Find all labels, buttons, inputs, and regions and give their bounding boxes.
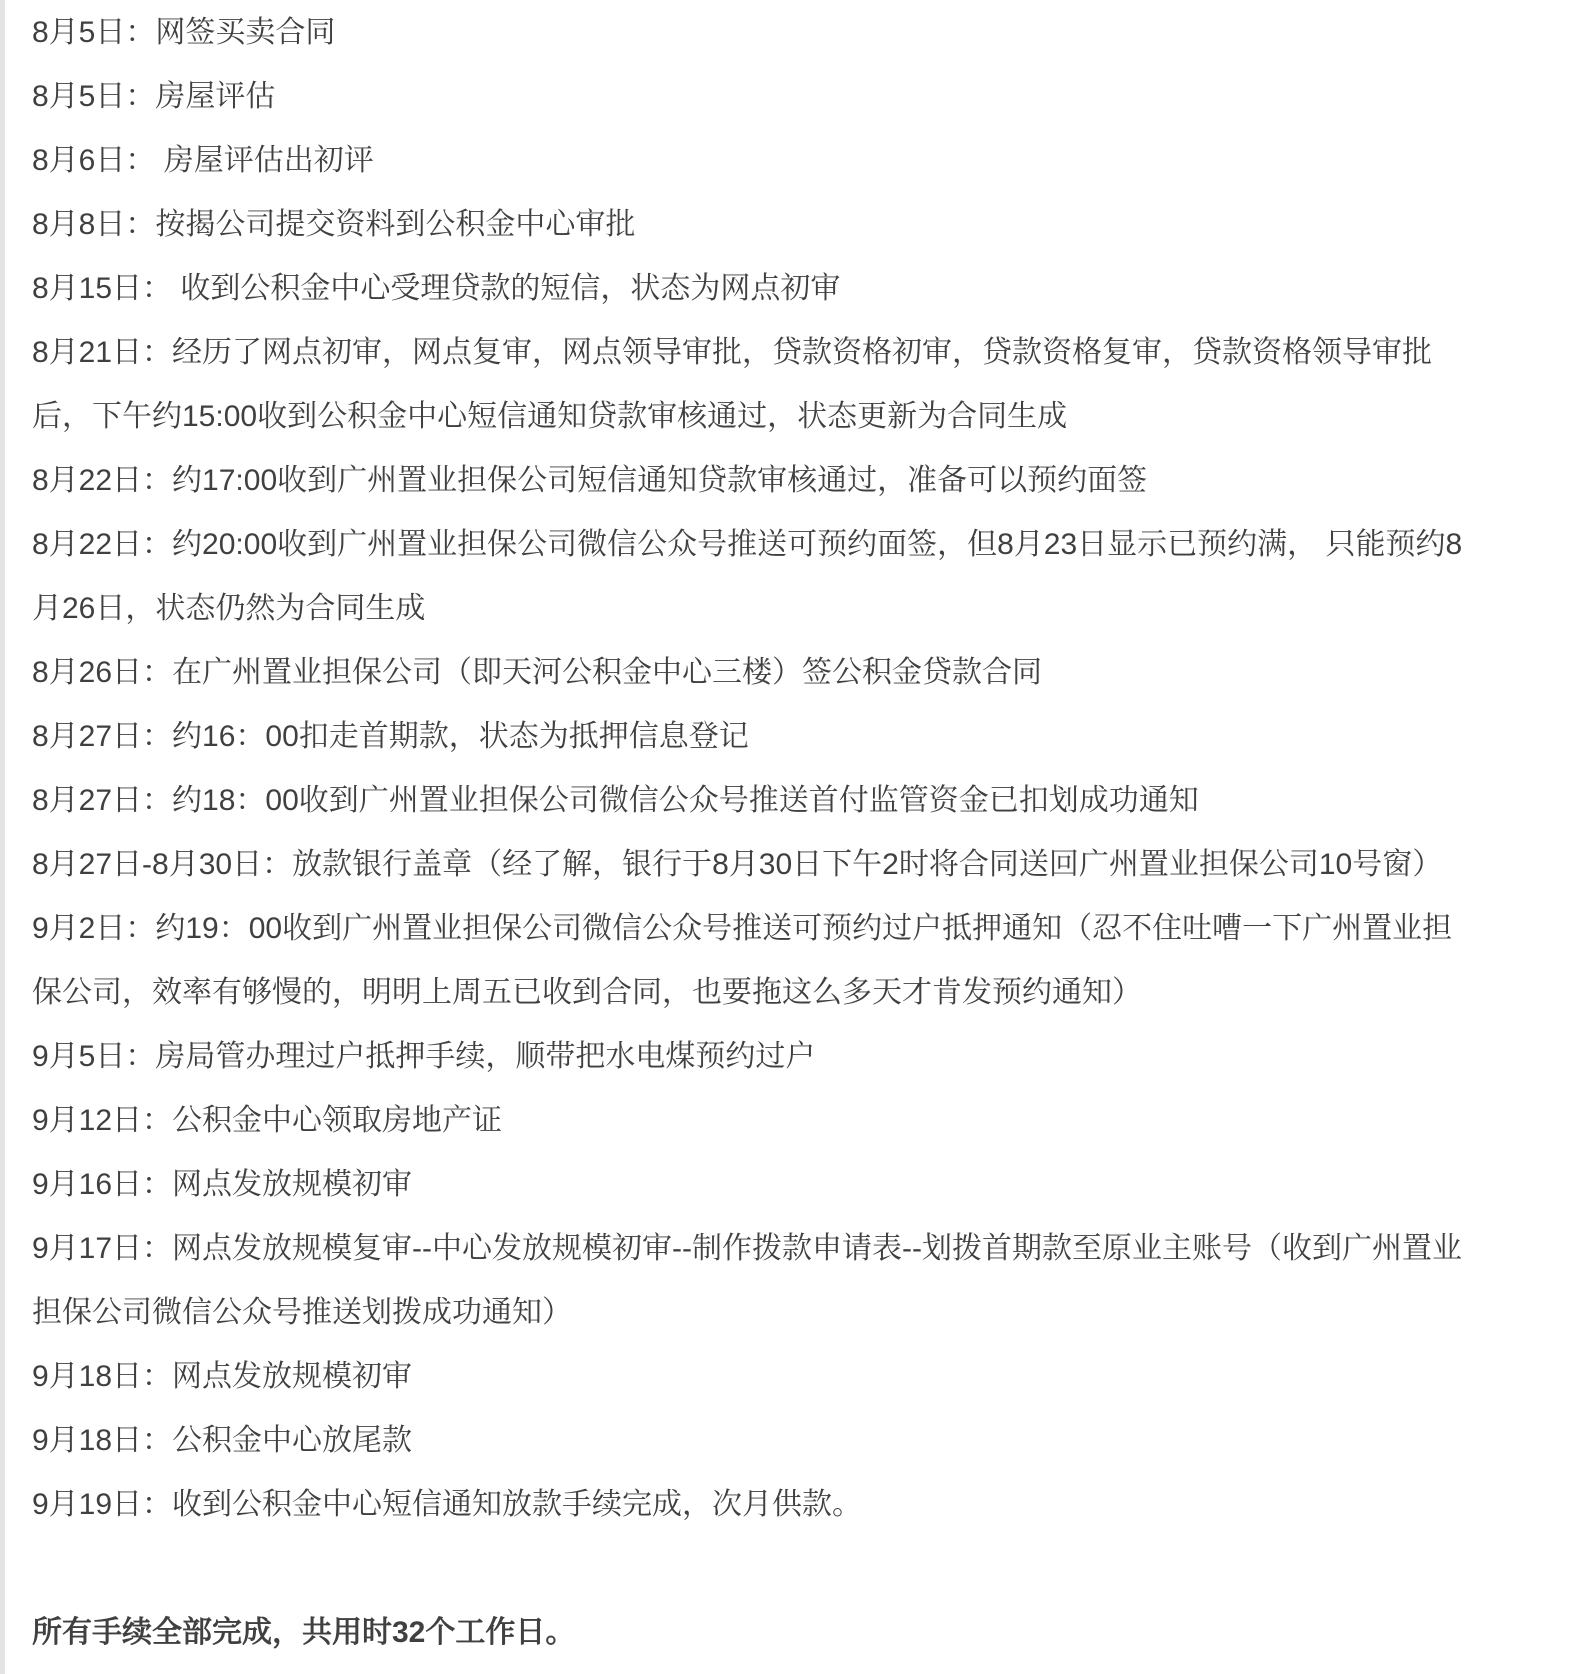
- timeline-entry: 8月21日：经历了网点初审，网点复审，网点领导审批，贷款资格初审，贷款资格复审，…: [32, 321, 1552, 449]
- timeline-entry: 9月19日：收到公积金中心短信通知放款手续完成，次月供款。: [32, 1473, 1552, 1537]
- timeline-entry: 9月5日：房局管办理过户抵押手续，顺带把水电煤预约过户: [32, 1025, 1552, 1089]
- timeline-entry: 8月5日：网签买卖合同: [32, 1, 1552, 65]
- timeline-entry: 9月17日：网点发放规模复审--中心发放规模初审--制作拨款申请表--划拨首期款…: [32, 1217, 1552, 1345]
- article-page: 8月5日：网签买卖合同 8月5日：房屋评估 8月6日： 房屋评估出初评 8月8日…: [0, 0, 1588, 1674]
- timeline-entry: 8月6日： 房屋评估出初评: [32, 129, 1552, 193]
- timeline-entry: 9月16日：网点发放规模初审: [32, 1153, 1552, 1217]
- timeline-entry: 9月2日：约19：00收到广州置业担保公司微信公众号推送可预约过户抵押通知（忍不…: [32, 897, 1552, 1025]
- timeline-entry: 8月27日-8月30日：放款银行盖章（经了解，银行于8月30日下午2时将合同送回…: [32, 833, 1552, 897]
- timeline-entry: 9月12日：公积金中心领取房地产证: [32, 1089, 1552, 1153]
- timeline-entry: 8月27日：约18：00收到广州置业担保公司微信公众号推送首付监管资金已扣划成功…: [32, 769, 1552, 833]
- timeline-text-block: 8月5日：网签买卖合同 8月5日：房屋评估 8月6日： 房屋评估出初评 8月8日…: [0, 0, 1588, 1665]
- timeline-entry: 9月18日：网点发放规模初审: [32, 1345, 1552, 1409]
- summary-text: 所有手续全部完成，共用时32个工作日。: [32, 1601, 1552, 1665]
- timeline-entry: 8月26日：在广州置业担保公司（即天河公积金中心三楼）签公积金贷款合同: [32, 641, 1552, 705]
- timeline-entry: 8月22日：约20:00收到广州置业担保公司微信公众号推送可预约面签，但8月23…: [32, 513, 1552, 641]
- timeline-entry: 8月27日：约16：00扣走首期款，状态为抵押信息登记: [32, 705, 1552, 769]
- timeline-entry: 8月22日：约17:00收到广州置业担保公司短信通知贷款审核通过，准备可以预约面…: [32, 449, 1552, 513]
- timeline-entry: 8月5日：房屋评估: [32, 65, 1552, 129]
- timeline-entry: 9月18日：公积金中心放尾款: [32, 1409, 1552, 1473]
- timeline-entry: 8月15日： 收到公积金中心受理贷款的短信，状态为网点初审: [32, 257, 1552, 321]
- timeline-entry: 8月8日：按揭公司提交资料到公积金中心审批: [32, 193, 1552, 257]
